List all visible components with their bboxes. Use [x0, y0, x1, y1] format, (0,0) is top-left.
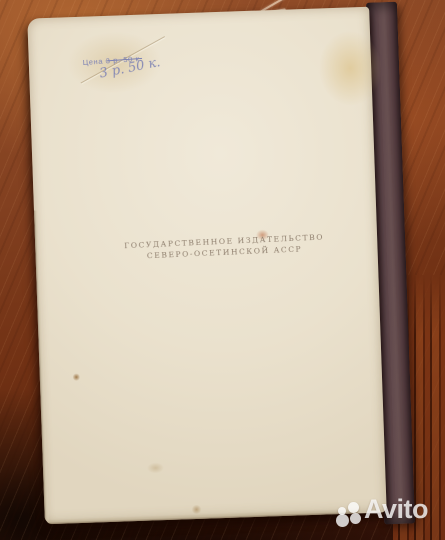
stain — [191, 505, 201, 514]
avito-logo-icon — [336, 514, 349, 527]
book-photo: Цена 3 р. 50 к. 3 р. 50 к. ГОСУДАРСТВЕНН… — [0, 0, 445, 540]
avito-watermark: Avito — [336, 499, 444, 533]
avito-logo-icon — [350, 513, 361, 524]
book-back-cover: Цена 3 р. 50 к. 3 р. 50 к. ГОСУДАРСТВЕНН… — [27, 6, 414, 525]
stain — [73, 373, 80, 381]
avito-wordmark: Avito — [364, 494, 428, 525]
paper-cover: Цена 3 р. 50 к. 3 р. 50 к. ГОСУДАРСТВЕНН… — [27, 7, 386, 525]
stain — [147, 462, 164, 474]
avito-logo-icon — [348, 502, 359, 513]
publisher-imprint: ГОСУДАРСТВЕННОЕ ИЗДАТЕЛЬСТВО СЕВЕРО-ОСЕТ… — [59, 229, 390, 265]
price-stamp: Цена 3 р. 50 к. 3 р. 50 к. — [82, 53, 161, 79]
